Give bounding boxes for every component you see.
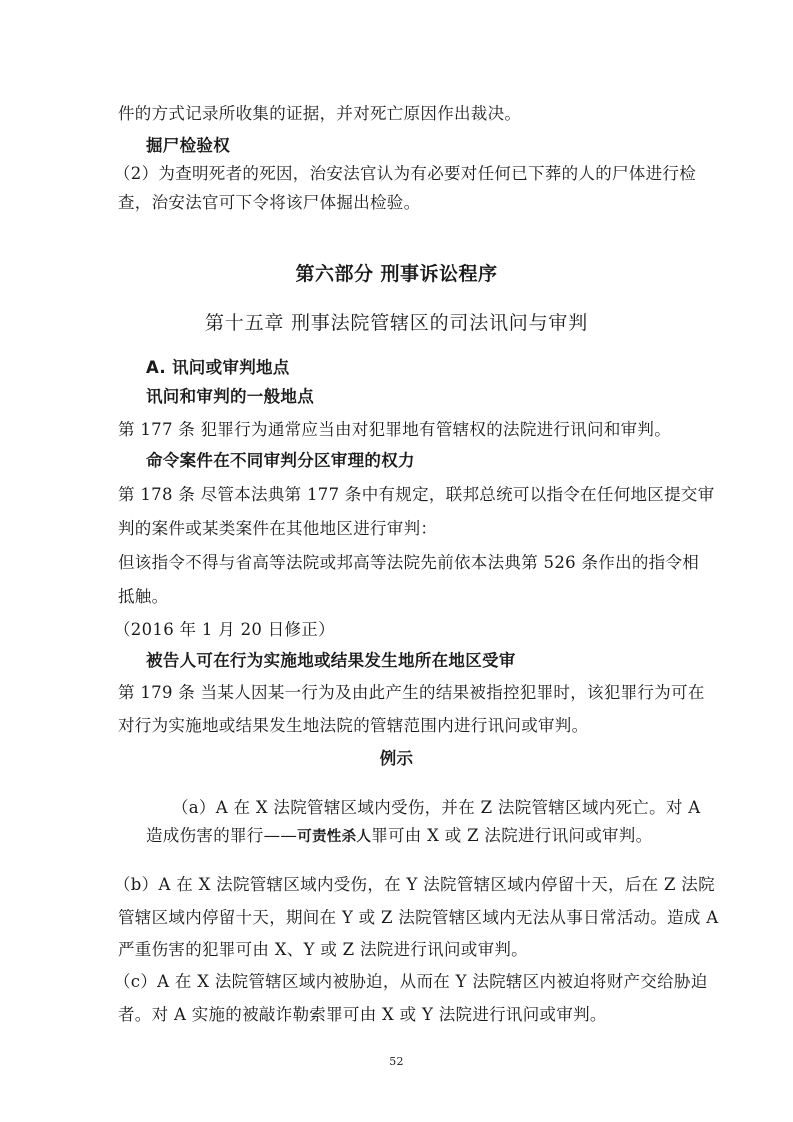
sub-heading-transfer-power: 命令案件在不同审判分区审理的权力 <box>146 451 415 471</box>
illustration-c-line1: （c）A 在 X 法院管辖区域内被胁迫，从而在 Y 法院辖区内被迫将财产交给胁迫 <box>114 972 708 992</box>
proviso-line1: 但该指令不得与省高等法院或邦高等法院先前依本法典第 526 条作出的指令相 <box>118 553 699 573</box>
illustration-a-line1: （a）A 在 X 法院管辖区域内受伤，并在 Z 法院管辖区域内死亡。对 A <box>172 798 700 818</box>
section-a-heading: A. 讯问或审判地点 <box>146 358 290 378</box>
illustration-c-line2: 者。对 A 实施的被敲诈勒索罪可由 X 或 Y 法院进行讯问或审判。 <box>118 1005 607 1025</box>
continuation-text: 件的方式记录所收集的证据，并对死亡原因作出裁决。 <box>118 104 521 124</box>
illustration-a-post: 罪可由 X 或 Z 法院进行讯问或审判。 <box>371 826 652 845</box>
page-number: 52 <box>0 1052 793 1072</box>
illustration-b-line3: 严重伤害的犯罪可由 X、Y 或 Z 法院进行讯问或审判。 <box>118 940 528 960</box>
illustration-b-line1: （b）A 在 X 法院管辖区域内受伤，在 Y 法院管辖区域内停留十天，后在 Z … <box>114 875 715 895</box>
sub-heading-place-of-act: 被告人可在行为实施地或结果发生地所在地区受审 <box>146 651 516 671</box>
illustrations-heading: 例示 <box>0 749 793 769</box>
illustration-a-line2: 造成伤害的罪行——可责性杀人罪可由 X 或 Z 法院进行讯问或审判。 <box>146 826 652 847</box>
exhumation-heading: 掘尸检验权 <box>146 136 230 156</box>
article-178-line1: 第 178 条 尽管本法典第 177 条中有规定，联邦总统可以指令在任何地区提交… <box>118 485 715 505</box>
chapter-title: 第十五章 刑事法院管辖区的司法讯问与审判 <box>0 313 793 333</box>
proviso-line2: 抵触。 <box>118 587 168 607</box>
article-178-line2: 判的案件或某类案件在其他地区进行审判： <box>118 519 437 539</box>
amendment-note: （2016 年 1 月 20 日修正） <box>114 620 335 640</box>
article-179-line2: 对行为实施地或结果发生地法院的管辖范围内进行讯问或审判。 <box>118 716 588 736</box>
article-179-line1: 第 179 条 当某人因某一行为及由此产生的结果被指控犯罪时，该犯罪行为可在 <box>118 683 705 703</box>
exhumation-paragraph-line1: （2）为查明死者的死因，治安法官认为有必要对任何已下葬的人的尸体进行检 <box>114 164 696 184</box>
illustration-a-offence-term: 可责性杀人 <box>297 829 371 845</box>
part-title: 第六部分 刑事诉讼程序 <box>0 264 793 284</box>
exhumation-paragraph-line2: 查，治安法官可下令将该尸体掘出检验。 <box>118 193 420 213</box>
article-177: 第 177 条 犯罪行为通常应当由对犯罪地有管辖权的法院进行讯问和审判。 <box>118 420 671 440</box>
illustration-a-pre: 造成伤害的罪行—— <box>146 826 297 845</box>
sub-heading-general-place: 讯问和审判的一般地点 <box>146 387 314 407</box>
illustration-b-line2: 管辖区域内停留十天，期间在 Y 或 Z 法院管辖区域内无法从事日常活动。造成 A <box>118 908 719 928</box>
